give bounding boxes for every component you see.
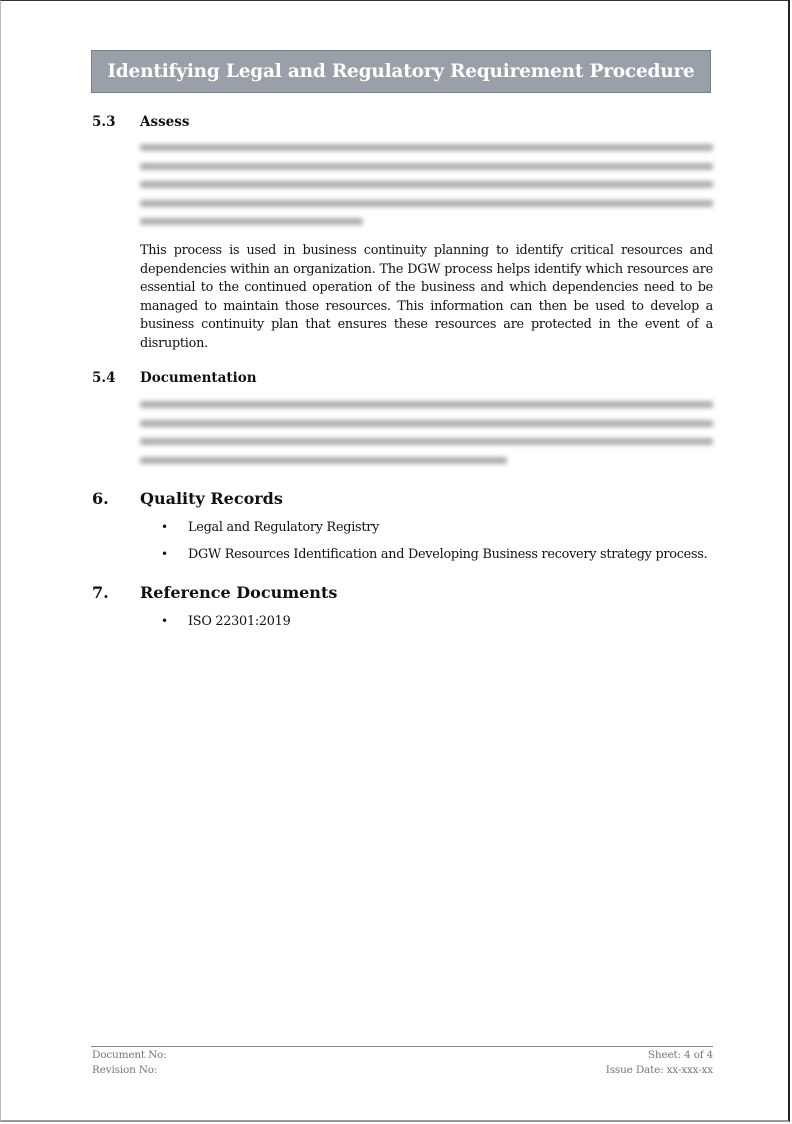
blurred-line bbox=[140, 181, 713, 188]
assess-paragraph: This process is used in business continu… bbox=[140, 242, 713, 354]
issue-date: Issue Date: xx-xxx-xx bbox=[606, 1064, 713, 1076]
document-title: Identifying Legal and Regulatory Require… bbox=[107, 61, 694, 82]
blurred-line bbox=[140, 200, 713, 207]
bullet-icon: • bbox=[161, 520, 168, 534]
blurred-line bbox=[140, 218, 363, 225]
document-no-label: Document No: bbox=[92, 1049, 167, 1061]
blurred-paragraph-documentation bbox=[140, 401, 713, 475]
blurred-paragraph-assess bbox=[140, 144, 713, 237]
bullet-icon: • bbox=[161, 547, 168, 561]
blurred-line bbox=[140, 438, 713, 445]
section-number: 6. bbox=[92, 489, 109, 508]
document-title-banner: Identifying Legal and Regulatory Require… bbox=[91, 50, 711, 93]
sheet-number: Sheet: 4 of 4 bbox=[648, 1049, 713, 1061]
blurred-line bbox=[140, 144, 713, 151]
section-number: 5.3 bbox=[92, 114, 116, 130]
document-page: Identifying Legal and Regulatory Require… bbox=[0, 0, 790, 1122]
blurred-line bbox=[140, 420, 713, 427]
section-title: Assess bbox=[140, 114, 189, 130]
bullet-icon: • bbox=[161, 614, 168, 628]
section-number: 5.4 bbox=[92, 370, 116, 386]
revision-no-label: Revision No: bbox=[92, 1064, 157, 1076]
section-title: Reference Documents bbox=[140, 583, 337, 602]
section-title: Documentation bbox=[140, 370, 257, 386]
section-number: 7. bbox=[92, 583, 109, 602]
blurred-line bbox=[140, 163, 713, 170]
blurred-line bbox=[140, 457, 507, 464]
footer-divider bbox=[91, 1046, 713, 1047]
section-title: Quality Records bbox=[140, 489, 283, 508]
blurred-line bbox=[140, 401, 713, 408]
